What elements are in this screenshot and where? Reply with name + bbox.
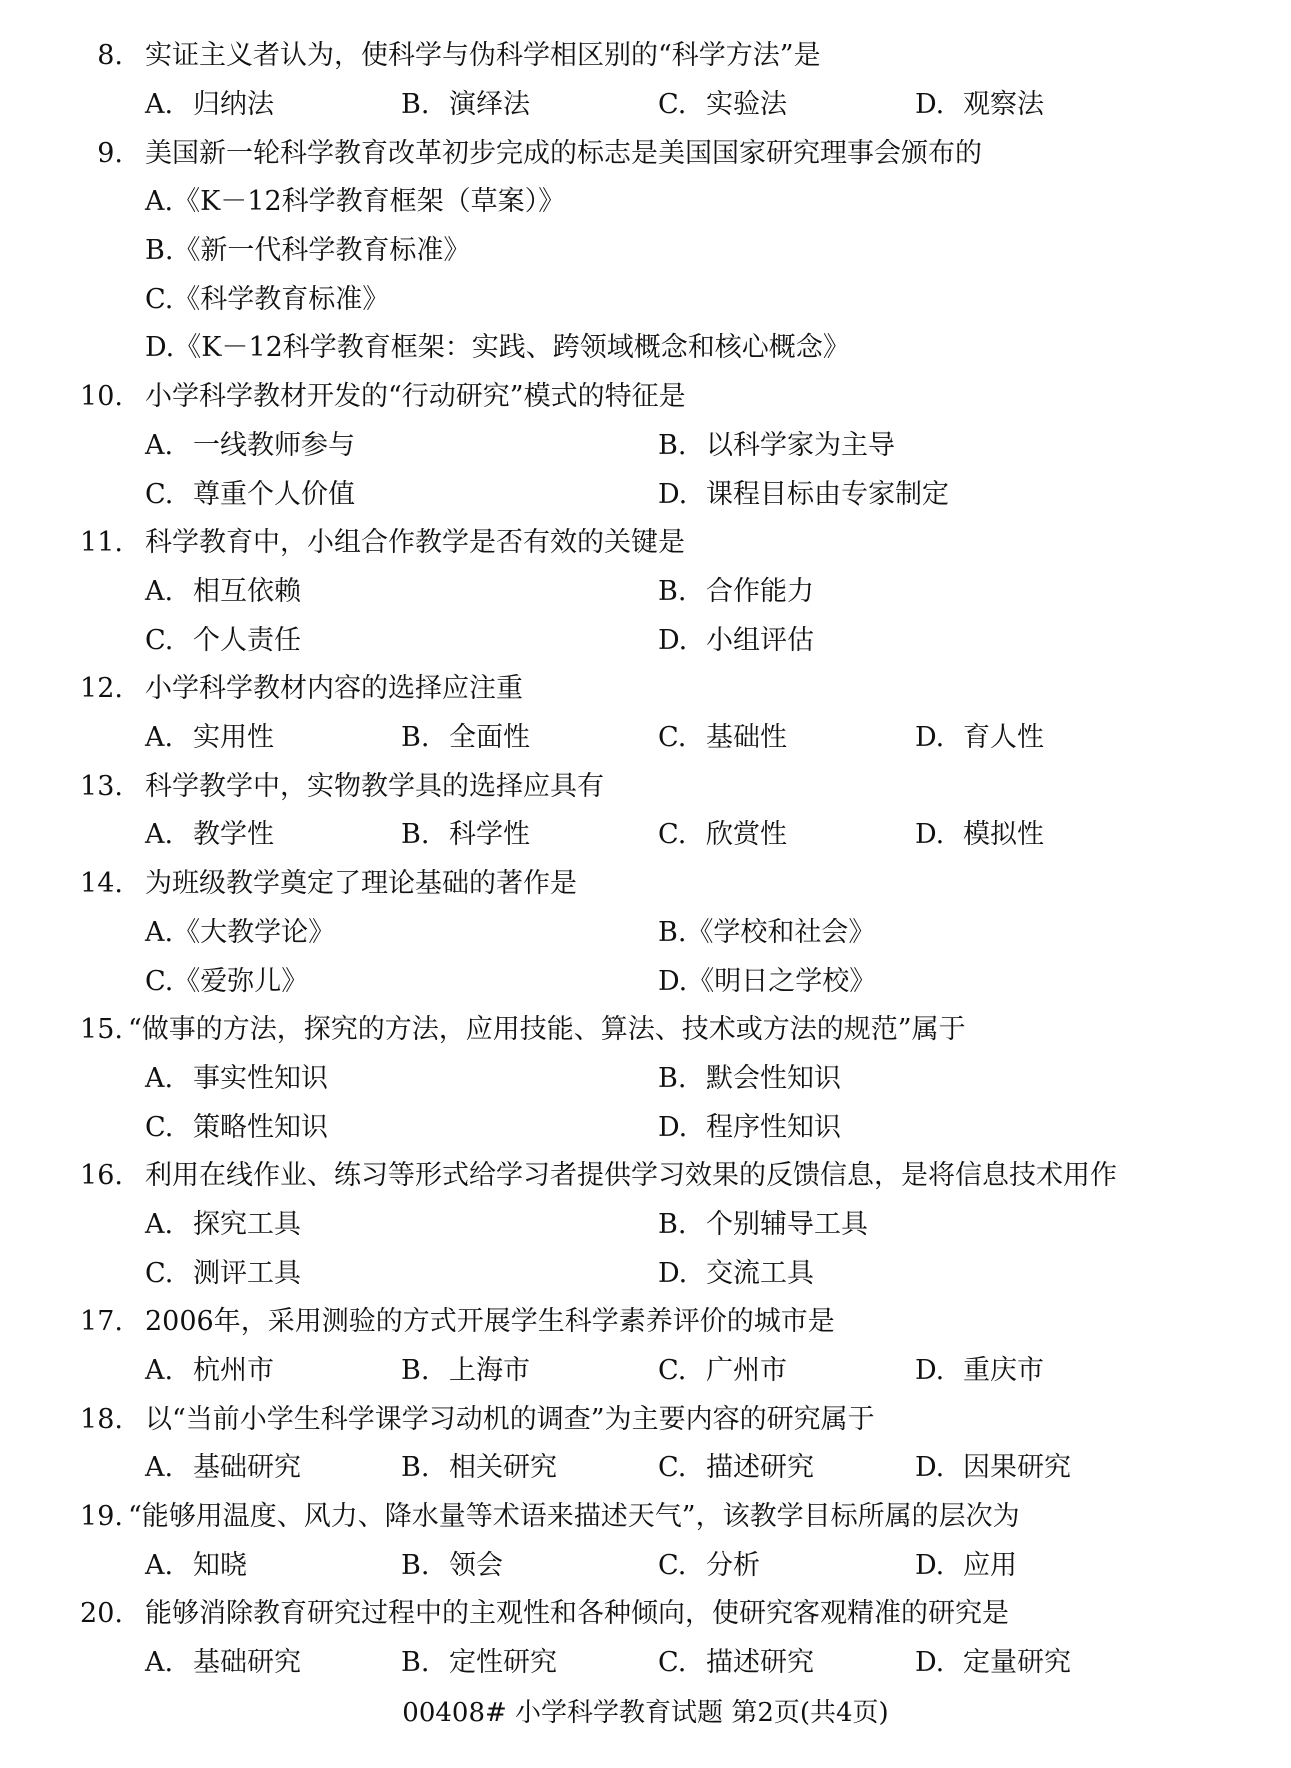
question-text: 能够消除教育研究过程中的主观性和各种倾向，使研究客观精准的研究是 [145,1594,1009,1634]
option-a: A.基础研究 [145,1448,301,1488]
question-number: 12. [0,669,123,709]
option-c: C.分析 [658,1546,760,1586]
option-a: A.探究工具 [145,1205,301,1245]
option-c: C.《科学教育标准》 [145,280,389,320]
question-text: 2006年，采用测验的方式开展学生科学素养评价的城市是 [145,1302,835,1342]
question-number: 10. [0,377,123,417]
option-d: D.定量研究 [915,1643,1071,1683]
question-number: 8. [0,36,123,76]
question-text: 小学科学教材内容的选择应注重 [145,669,523,709]
option-a: A.《K－12科学教育框架（草案）》 [145,182,565,222]
option-c: C.测评工具 [145,1254,301,1294]
question-number: 20. [0,1594,123,1634]
option-c: C.实验法 [658,85,787,125]
page-footer: 00408# 小学科学教育试题 第2页(共4页) [0,1693,1291,1733]
question-text: 以“当前小学生科学课学习动机的调查”为主要内容的研究属于 [145,1400,875,1440]
option-d: D.模拟性 [915,815,1044,855]
option-a: A.归纳法 [145,85,274,125]
option-d: D.应用 [915,1546,1017,1586]
option-d: D.课程目标由专家制定 [658,475,949,515]
question-number: 18. [0,1400,123,1440]
option-d: D.小组评估 [658,621,814,661]
option-d: D.重庆市 [915,1351,1044,1391]
option-a: A.基础研究 [145,1643,301,1683]
option-c: C.个人责任 [145,621,301,661]
option-d: D.交流工具 [658,1254,814,1294]
option-d: D.《K－12科学教育框架：实践、跨领域概念和核心概念》 [145,328,850,368]
option-b: B.科学性 [401,815,530,855]
option-b: B.《新一代科学教育标准》 [145,231,470,271]
option-a: A.相互依赖 [145,572,301,612]
option-a: A.教学性 [145,815,274,855]
option-b: B.《学校和社会》 [658,913,875,953]
option-a: A.一线教师参与 [145,426,355,466]
question-text: 科学教学中，实物教学具的选择应具有 [145,767,604,807]
option-b: B.全面性 [401,718,530,758]
option-b: B.合作能力 [658,572,814,612]
question-text: 小学科学教材开发的“行动研究”模式的特征是 [145,377,686,417]
option-d: D.因果研究 [915,1448,1071,1488]
option-b: B.以科学家为主导 [658,426,895,466]
option-c: C.尊重个人价值 [145,475,355,515]
option-c: C.《爱弥儿》 [145,962,308,1002]
question-number: 16. [0,1156,123,1196]
question-text: 美国新一轮科学教育改革初步完成的标志是美国国家研究理事会颁布的 [145,134,982,174]
option-d: D.育人性 [915,718,1044,758]
option-c: C.欣赏性 [658,815,787,855]
question-text: 科学教育中，小组合作教学是否有效的关键是 [145,523,685,563]
question-number: 17. [0,1302,123,1342]
question-text: “能够用温度、风力、降水量等术语来描述天气”，该教学目标所属的层次为 [128,1497,1020,1537]
option-c: C.基础性 [658,718,787,758]
question-text: 利用在线作业、练习等形式给学习者提供学习效果的反馈信息，是将信息技术用作 [145,1156,1117,1196]
option-c: C.描述研究 [658,1448,814,1488]
question-number: 19. [0,1497,123,1537]
option-c: C.描述研究 [658,1643,814,1683]
option-b: B.默会性知识 [658,1059,841,1099]
option-c: C.广州市 [658,1351,787,1391]
question-number: 9. [0,134,123,174]
question-text: 为班级教学奠定了理论基础的著作是 [145,864,577,904]
option-b: B.领会 [401,1546,503,1586]
option-a: A.实用性 [145,718,274,758]
question-number: 13. [0,767,123,807]
option-b: B.演绎法 [401,85,530,125]
option-d: D.《明日之学校》 [658,962,876,1002]
option-c: C.策略性知识 [145,1108,328,1148]
option-b: B.上海市 [401,1351,530,1391]
option-a: A.杭州市 [145,1351,274,1391]
option-a: A.《大教学论》 [145,913,335,953]
question-number: 15. [0,1010,123,1050]
option-d: D.程序性知识 [658,1108,841,1148]
option-a: A.事实性知识 [145,1059,328,1099]
option-d: D.观察法 [915,85,1044,125]
option-b: B.定性研究 [401,1643,557,1683]
question-text: 实证主义者认为，使科学与伪科学相区别的“科学方法”是 [145,36,821,76]
option-b: B.相关研究 [401,1448,557,1488]
option-b: B.个别辅导工具 [658,1205,868,1245]
question-text: “做事的方法，探究的方法，应用技能、算法、技术或方法的规范”属于 [128,1010,966,1050]
question-number: 11. [0,523,123,563]
option-a: A.知晓 [145,1546,247,1586]
question-number: 14. [0,864,123,904]
